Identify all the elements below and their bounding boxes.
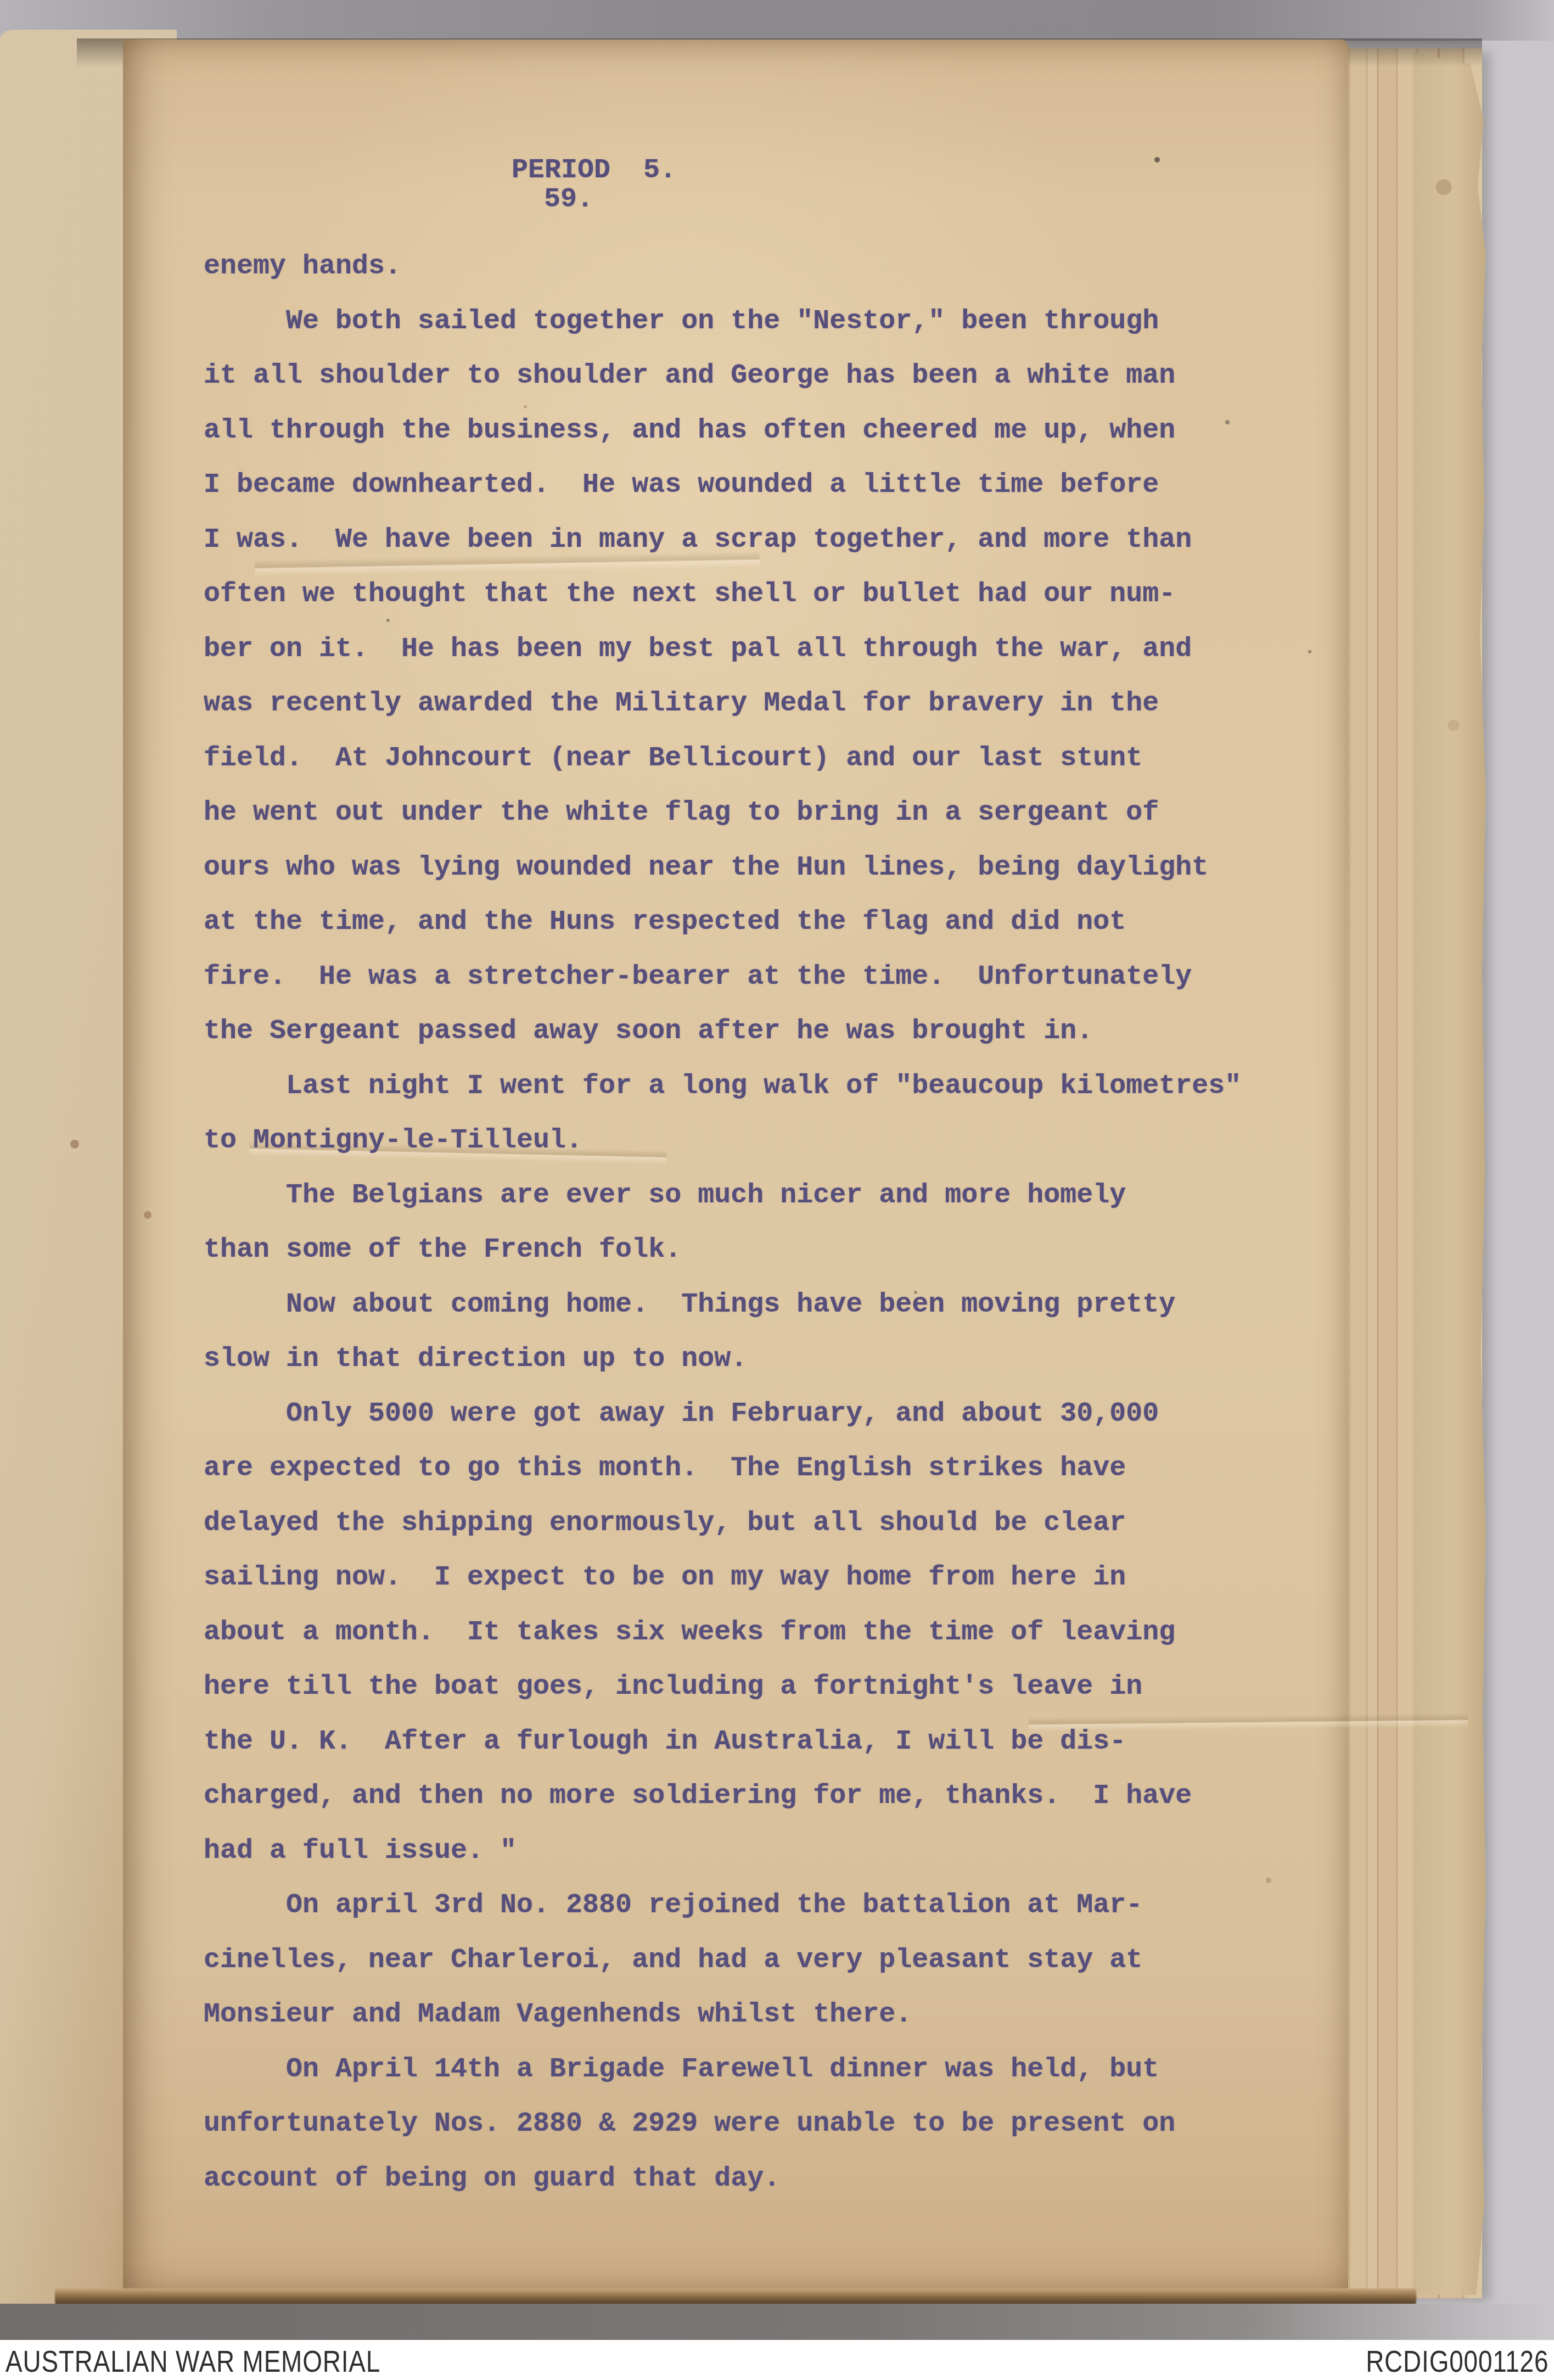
typewritten-line: ber on it. He has been my best pal all t…: [204, 622, 1241, 677]
typewritten-line: about a month. It takes six weeks from t…: [204, 1605, 1241, 1660]
typewritten-line: the Sergeant passed away soon after he w…: [204, 1004, 1241, 1059]
typewritten-line: Now about coming home. Things have been …: [204, 1278, 1241, 1332]
scanner-bottom-shadow: [0, 2304, 1554, 2340]
scanner-top-shadow: [0, 0, 1554, 41]
typewritten-line: was recently awarded the Military Medal …: [204, 676, 1241, 731]
typewritten-body: enemy hands. We both sailed together on …: [204, 239, 1241, 2206]
typewritten-line: are expected to go this month. The Engli…: [204, 1441, 1241, 1496]
typewritten-line: it all shoulder to shoulder and George h…: [204, 349, 1241, 404]
scanned-diary-page-view: PERIOD 5. 59. enemy hands. We both saile…: [0, 0, 1554, 2380]
paper-specks-stain: [0, 0, 5, 5]
typewritten-line: than some of the French folk.: [204, 1223, 1241, 1278]
worn-cover-edge: [1413, 53, 1486, 2295]
typewritten-line: slow in that direction up to now.: [204, 1332, 1241, 1387]
typewritten-line: all through the business, and has often …: [204, 404, 1241, 458]
typewritten-line: to Montigny-le-Tilleul.: [204, 1113, 1241, 1168]
typewritten-line: On April 14th a Brigade Farewell dinner …: [204, 2042, 1241, 2097]
typewritten-line: I became downhearted. He was wounded a l…: [204, 458, 1241, 513]
typewritten-line: unfortunately Nos. 2880 & 2929 were unab…: [204, 2097, 1241, 2152]
typewritten-line: Only 5000 were got away in February, and…: [204, 1387, 1241, 1442]
typewritten-line: On april 3rd No. 2880 rejoined the batta…: [204, 1878, 1241, 1933]
typewritten-line: at the time, and the Huns respected the …: [204, 895, 1241, 950]
typewritten-line: enemy hands.: [204, 239, 1241, 294]
typewritten-line: often we thought that the next shell or …: [204, 567, 1241, 622]
typewritten-line: the U. K. After a furlough in Australia,…: [204, 1715, 1241, 1769]
archive-name-text: AUSTRALIAN WAR MEMORIAL: [5, 2344, 380, 2378]
typewritten-line: Monsieur and Madam Vagenhends whilst the…: [204, 1987, 1241, 2042]
typewritten-line: ours who was lying wounded near the Hun …: [204, 841, 1241, 895]
typewritten-line: here till the boat goes, including a for…: [204, 1660, 1241, 1715]
typewritten-line: Last night I went for a long walk of "be…: [204, 1059, 1241, 1114]
typewritten-line: fire. He was a stretcher-bearer at the t…: [204, 950, 1241, 1005]
archive-name-label: AUSTRALIAN WAR MEMORIAL: [5, 2344, 463, 2378]
footer-bar: AUSTRALIAN WAR MEMORIAL RCDIG0001126: [0, 2340, 1554, 2380]
typewritten-line: he went out under the white flag to brin…: [204, 786, 1241, 841]
typewritten-line: I was. We have been in many a scrap toge…: [204, 513, 1241, 568]
typewritten-line: had a full issue. ": [204, 1824, 1241, 1879]
page-header-number: 59.: [544, 186, 593, 214]
page-header-period: PERIOD 5.: [512, 157, 676, 184]
typewritten-line: cinelles, near Charleroi, and had a very…: [204, 1933, 1241, 1988]
typewritten-line: We both sailed together on the "Nestor,"…: [204, 294, 1241, 349]
typewritten-line: charged, and then no more soldiering for…: [204, 1769, 1241, 1824]
typewritten-line: delayed the shipping enormously, but all…: [204, 1496, 1241, 1551]
document-page: PERIOD 5. 59. enemy hands. We both saile…: [123, 40, 1348, 2301]
typewritten-line: The Belgians are ever so much nicer and …: [204, 1168, 1241, 1223]
typewritten-line: sailing now. I expect to be on my way ho…: [204, 1550, 1241, 1605]
typewritten-line: account of being on guard that day.: [204, 2152, 1241, 2207]
item-id-label: RCDIG0001126: [1326, 2344, 1549, 2378]
typewritten-line: field. At Johncourt (near Bellicourt) an…: [204, 731, 1241, 786]
item-id-text: RCDIG0001126: [1366, 2344, 1549, 2378]
